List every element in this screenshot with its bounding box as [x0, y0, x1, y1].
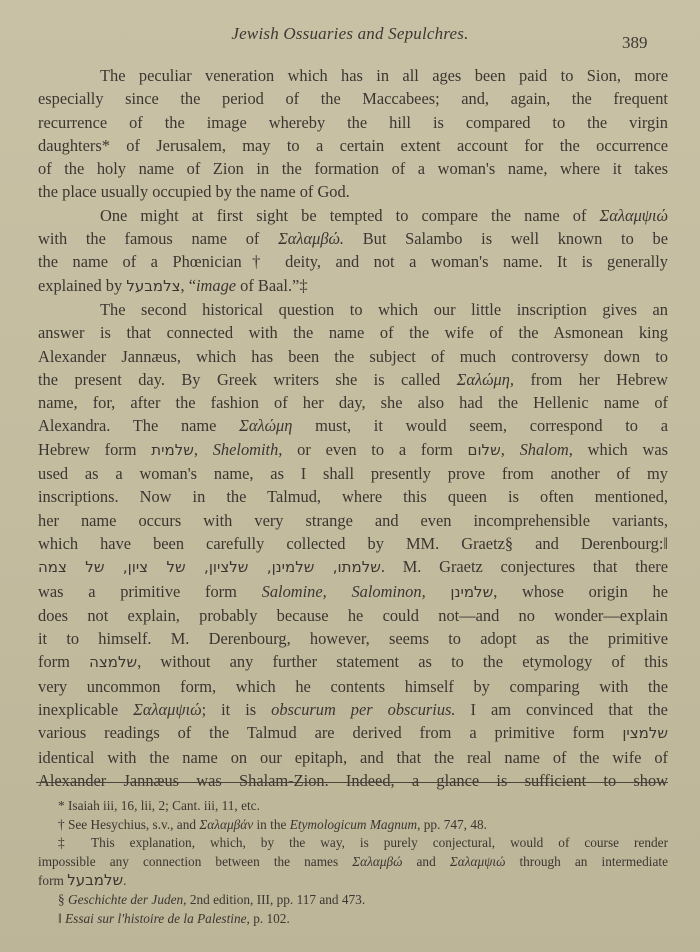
italic-phrase: obscurum per obscurius. — [271, 700, 455, 719]
text-span: ; it is — [202, 700, 257, 719]
text-line: name, for, after the fashion of her day,… — [38, 391, 668, 414]
book-page: Jewish Ossuaries and Sepulchres. 389 The… — [0, 0, 700, 952]
italic-word: Shelomith, — [213, 440, 283, 459]
text-line: impossible any connection between the na… — [38, 853, 668, 872]
text-span: which was — [588, 440, 668, 459]
text-line: inexplicable Σαλαμψιώ; it is obscurum pe… — [38, 698, 668, 721]
hebrew-variants: שלמתו, שלמינן, שלציון, של ציון, של צמה — [38, 558, 381, 576]
hebrew-word: צלמבעל — [126, 277, 180, 295]
text-line: the present day. By Greek writers she is… — [38, 368, 668, 391]
greek-word: Σαλαμβάν — [199, 817, 253, 832]
text-line: form שלמצה, without any further statemen… — [38, 650, 668, 674]
text-span: impossible any connection between the na… — [38, 854, 338, 869]
text-span: , without any further statement as to th… — [137, 652, 668, 671]
text-line: especially since the period of the Macca… — [38, 87, 668, 110]
text-line: very uncommon form, which he contents hi… — [38, 675, 668, 698]
italic-word: image — [196, 276, 236, 295]
hebrew-word: שלמית — [151, 441, 194, 459]
running-title: Jewish Ossuaries and Sepulchres. — [0, 24, 700, 44]
text-span: But Salambo is well known to be — [363, 229, 668, 248]
text-line: The second historical question to which … — [38, 298, 668, 321]
hebrew-word: שלמצין — [622, 724, 668, 742]
text-span: One might at first sight be tempted to c… — [100, 206, 586, 225]
text-span: Hebrew form — [38, 440, 137, 459]
text-span: † See Hesychius, s.v., and — [58, 817, 196, 832]
paragraph-sion-veneration: The peculiar veneration which has in all… — [38, 64, 668, 204]
greek-word: Σαλαμψιώ — [450, 854, 506, 869]
hebrew-word: שלמצה — [89, 653, 137, 671]
text-line: daughters* of Jerusalem, may to a certai… — [38, 134, 668, 157]
text-line: form שלמבעל. — [38, 871, 668, 891]
text-span: . — [123, 873, 126, 888]
text-span: pp. 747, 48. — [424, 817, 487, 832]
hebrew-word: שלום — [468, 441, 501, 459]
text-span: p. 102. — [253, 911, 290, 926]
text-span: 2nd edition, III, pp. 117 and 473. — [190, 892, 365, 907]
text-line: recurrence of the image whereby the hill… — [38, 111, 668, 134]
text-line: answer is that connected with the name o… — [38, 321, 668, 344]
text-span: of Baal.”‡ — [236, 276, 307, 295]
text-line: Alexander Jannæus, which has been the su… — [38, 345, 668, 368]
text-span: through an intermediate — [519, 854, 668, 869]
text-line: שלמתו, שלמינן, שלציון, של ציון, של צמה. … — [38, 555, 668, 579]
page-number: 389 — [622, 33, 648, 53]
footnote-section: § Geschichte der Juden, 2nd edition, III… — [38, 891, 668, 910]
italic-title: Essai sur l'histoire de la Palestine, — [65, 911, 250, 926]
text-line: with the famous name of Σαλαμβώ. But Sal… — [38, 227, 668, 250]
text-span: inexplicable — [38, 700, 118, 719]
text-line: does not explain, probably because he co… — [38, 604, 668, 627]
text-span: various readings of the Talmud are deriv… — [38, 723, 604, 742]
text-line: The peculiar veneration which has in all… — [38, 64, 668, 87]
text-span: , “ — [181, 276, 196, 295]
text-span: § — [58, 892, 65, 907]
text-line: Alexander Jannæus was Shalam-Zion. Indee… — [38, 769, 668, 792]
main-text: The peculiar veneration which has in all… — [38, 64, 668, 792]
footnote-asterisk: * Isaiah iii, 16, lii, 2; Cant. iii, 11,… — [38, 797, 668, 816]
text-span: must, it would seem, correspond to a — [315, 416, 668, 435]
text-span: in the — [256, 817, 286, 832]
text-line: One might at first sight be tempted to c… — [38, 204, 668, 227]
hebrew-word: שלמינן — [450, 583, 493, 601]
text-span: the present day. By Greek writers she is… — [38, 370, 440, 389]
greek-word: Σαλώμη, — [457, 370, 514, 389]
text-span: with the famous name of — [38, 229, 259, 248]
text-line: used as a woman's name, as I shall prese… — [38, 462, 668, 485]
text-span: Alexandra. The name — [38, 416, 216, 435]
text-line: was a primitive form Salomine, Salominon… — [38, 580, 668, 604]
text-span: I am convinced that the — [471, 700, 668, 719]
greek-word: Σαλαμβώ. — [278, 229, 344, 248]
greek-word: Σαλώμη — [239, 416, 292, 435]
text-span: or even to a form — [297, 440, 453, 459]
text-span: from her Hebrew — [530, 370, 668, 389]
text-line: of the holy name of Zion in the formatio… — [38, 157, 668, 180]
text-span: form — [38, 873, 64, 888]
text-span: and — [417, 854, 436, 869]
text-line: various readings of the Talmud are deriv… — [38, 721, 668, 745]
paragraph-salambo: One might at first sight be tempted to c… — [38, 204, 668, 298]
text-line: the place usually occupied by the name o… — [38, 180, 668, 203]
text-span: explained by — [38, 276, 122, 295]
text-line: ‡ This explanation, which, by the way, i… — [38, 834, 668, 853]
footnote-parallel: ‖ Essai sur l'histoire de la Palestine, … — [38, 910, 668, 929]
greek-word: Σαλαμψιώ — [600, 206, 668, 225]
hebrew-word: שלמבעל — [67, 871, 123, 889]
footnote-double-dagger: ‡ This explanation, which, by the way, i… — [38, 834, 668, 891]
text-line: her name occurs with very strange and ev… — [38, 509, 668, 532]
paragraph-historical-question: The second historical question to which … — [38, 298, 668, 792]
text-line: inscriptions. Now in the Talmud, where t… — [38, 485, 668, 508]
text-line: it to himself. M. Derenbourg, however, s… — [38, 627, 668, 650]
footnotes: * Isaiah iii, 16, lii, 2; Cant. iii, 11,… — [38, 797, 668, 928]
italic-title: Etymologicum Magnum, — [290, 817, 421, 832]
italic-word: Salomine, Salominon, — [262, 582, 426, 601]
footnote-divider — [36, 782, 668, 783]
italic-word: Shalom, — [520, 440, 573, 459]
greek-word: Σαλαμβώ — [352, 854, 402, 869]
text-span: was a primitive form — [38, 582, 237, 601]
text-line: the name of a Phœnician† deity, and not … — [38, 250, 668, 273]
footnote-dagger: † See Hesychius, s.v., and Σαλαμβάν in t… — [38, 816, 668, 835]
text-line: identical with the name on our epitaph, … — [38, 746, 668, 769]
text-span: M. Graetz conjectures that there — [403, 557, 668, 576]
italic-title: Geschichte der Juden, — [68, 892, 187, 907]
text-span: form — [38, 652, 70, 671]
text-line: which have been carefully collected by M… — [38, 532, 668, 555]
text-span: , whose origin he — [493, 582, 668, 601]
greek-word: Σαλαμψιώ — [133, 700, 201, 719]
text-line: Hebrew form שלמית, Shelomith, or even to… — [38, 438, 668, 462]
text-span: ‖ — [58, 911, 62, 926]
text-line: explained by צלמבעל, “image of Baal.”‡ — [38, 274, 668, 298]
text-line: Alexandra. The name Σαλώμη must, it woul… — [38, 414, 668, 437]
